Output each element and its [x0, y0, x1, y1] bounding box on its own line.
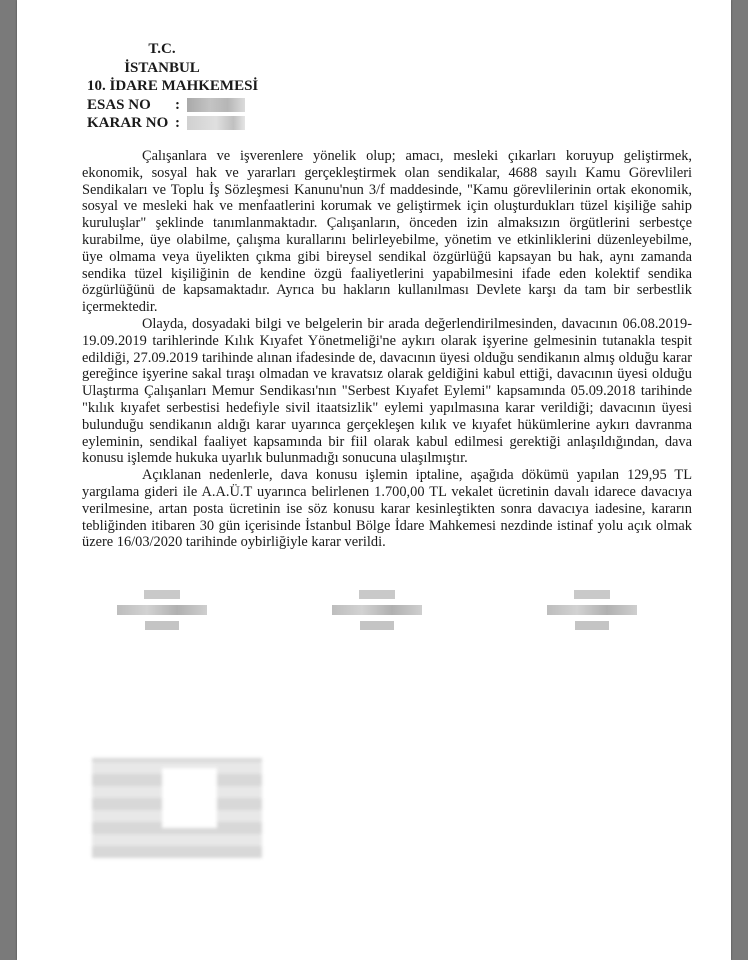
redacted-id: [145, 621, 179, 630]
header-city: İSTANBUL: [87, 59, 237, 78]
esas-no-colon: :: [175, 96, 187, 115]
karar-no-row: KARAR NO :: [87, 114, 258, 133]
court-header: T.C. İSTANBUL 10. İDARE MAHKEMESİ ESAS N…: [87, 40, 258, 133]
redacted-name: [117, 605, 207, 615]
redacted-name: [332, 605, 422, 615]
esas-no-row: ESAS NO :: [87, 96, 258, 115]
redacted-id: [575, 621, 609, 630]
signature-member-1: [332, 590, 422, 630]
signature-block: [117, 590, 637, 630]
paragraph-verdict: Açıklanan nedenlerle, dava konusu işlemi…: [82, 467, 692, 551]
redacted-role: [144, 590, 180, 599]
header-tc: T.C.: [87, 40, 237, 59]
paragraph-union-definition: Çalışanlara ve işverenlere yönelik olup;…: [82, 148, 692, 316]
signature-presiding-judge: [117, 590, 207, 630]
karar-no-colon: :: [175, 114, 187, 133]
redacted-name: [547, 605, 637, 615]
redacted-footer-block: [92, 758, 262, 858]
karar-no-label: KARAR NO: [87, 114, 175, 133]
signature-member-2: [547, 590, 637, 630]
document-page: T.C. İSTANBUL 10. İDARE MAHKEMESİ ESAS N…: [17, 0, 731, 960]
redacted-role: [359, 590, 395, 599]
karar-no-redacted-value: [187, 116, 245, 130]
header-court-name: 10. İDARE MAHKEMESİ: [87, 77, 258, 96]
esas-no-redacted-value: [187, 98, 245, 112]
redacted-role: [574, 590, 610, 599]
redacted-id: [360, 621, 394, 630]
esas-no-label: ESAS NO: [87, 96, 175, 115]
paragraph-case-facts: Olayda, dosyadaki bilgi ve belgelerin bi…: [82, 316, 692, 467]
decision-body: Çalışanlara ve işverenlere yönelik olup;…: [82, 148, 692, 551]
